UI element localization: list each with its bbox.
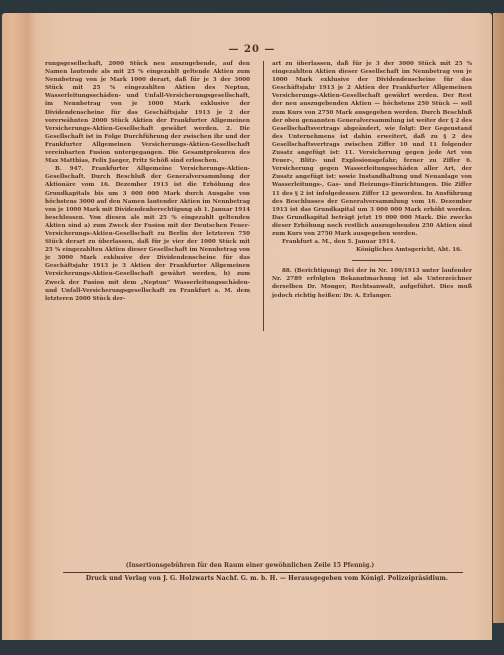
scanner-background-bottom — [0, 640, 504, 655]
column-divider — [263, 61, 264, 331]
left-paragraph: rungsgesellschaft, 2000 Stück neu auszug… — [45, 60, 250, 165]
place-date: Frankfurt a. M., den 5. Januar 1914. — [272, 238, 472, 246]
footer-rule — [63, 572, 463, 573]
right-column: art zu überlassen, daß für je 3 der 3000… — [272, 60, 472, 300]
left-column: rungsgesellschaft, 2000 Stück neu auszug… — [45, 60, 250, 303]
correction-label: (Berichtigung) — [294, 268, 341, 274]
entry-947: B. 947. Frankfurter Allgemeine Versicher… — [45, 165, 250, 303]
section-rule — [352, 260, 392, 261]
entry-number: B. 947. — [55, 166, 83, 172]
binding-edge — [493, 13, 504, 623]
fee-note: (Insertionsgebühren für den Raum einer g… — [40, 562, 460, 569]
imprint: Druck und Verlag von J. G. Holzwarts Nac… — [72, 575, 462, 582]
court-signature: Königliches Amtsgericht, Abt. 16. — [272, 246, 472, 254]
correction-entry: 88. (Berichtigung) Bei der in Nr. 100/19… — [272, 267, 472, 299]
entry-text: Durch Beschluß der Generalversammlung de… — [45, 174, 250, 301]
right-paragraph: art zu überlassen, daß für je 3 der 3000… — [272, 60, 472, 238]
scanner-background-top — [0, 0, 504, 14]
page-number: — 20 — — [0, 44, 504, 55]
correction-number: 88. — [282, 268, 292, 274]
